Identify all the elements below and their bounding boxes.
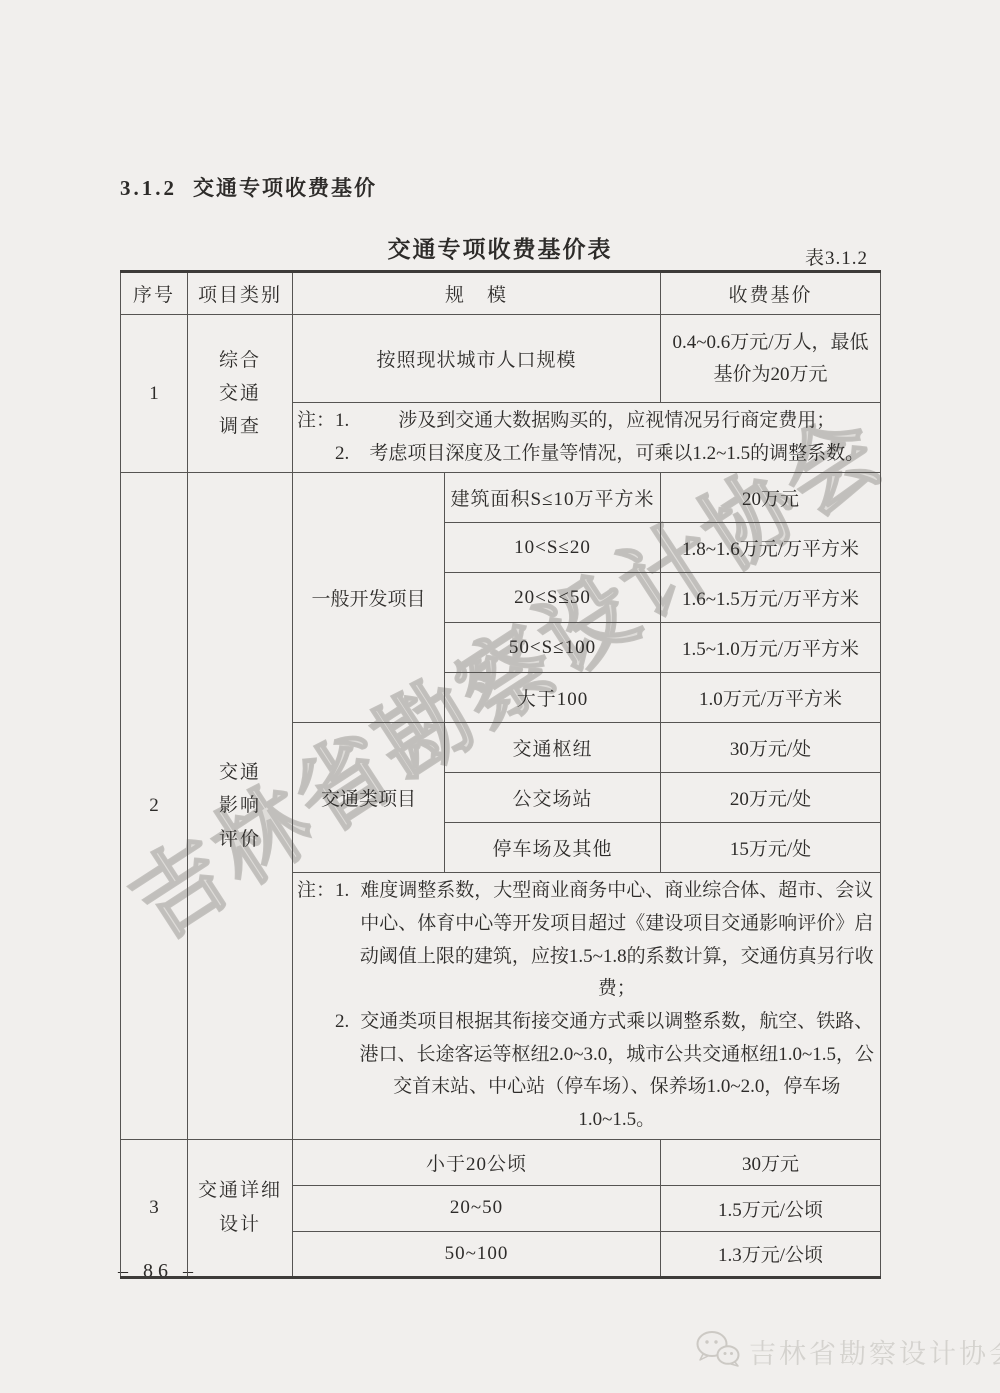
row2-dev-1-price: 20万元 <box>661 473 881 523</box>
row2-note-cell: 注： 1.难度调整系数，大型商业商务中心、商业综合体、超市、会议中心、体育中心等… <box>293 873 881 1139</box>
row3-category-line: 设计 <box>192 1208 288 1241</box>
row2-traffic-2-scale: 公交场站 <box>445 773 661 823</box>
row2-traffic-3-scale: 停车场及其他 <box>445 823 661 873</box>
footer-brand-text: 吉林省勘察设计协会 <box>749 1332 1000 1371</box>
row3-sub-3-price: 1.3万元/公顷 <box>661 1231 881 1277</box>
row1-category-line: 交通 <box>192 377 288 410</box>
col-header-category: 项目类别 <box>188 272 293 315</box>
section-number: 3.1.2 <box>120 176 177 200</box>
footer-brand: 吉林省勘察设计协会 <box>695 1330 1000 1373</box>
col-header-no: 序号 <box>121 272 188 315</box>
row2-note-2: 2.交通类项目根据其衔接交通方式乘以调整系数，航空、铁路、港口、长途客运等枢纽2… <box>335 1006 876 1137</box>
row1-category-line: 综合 <box>192 344 288 377</box>
section-heading: 3.1.2交通专项收费基价 <box>120 172 377 202</box>
note-label: 注： <box>297 875 335 908</box>
row2-dev-3-price: 1.6~1.5万元/万平方米 <box>661 573 881 623</box>
row1-no: 1 <box>121 315 188 473</box>
row3-sub-1-scale: 小于20公顷 <box>293 1139 661 1185</box>
table-header-row: 序号 项目类别 规 模 收费基价 <box>121 272 881 315</box>
col-header-scale: 规 模 <box>293 272 661 315</box>
row2-note-1: 1.难度调整系数，大型商业商务中心、商业综合体、超市、会议中心、体育中心等开发项… <box>335 875 876 1006</box>
row1-note-1: 1.涉及到交通大数据购买的，应视情况另行商定费用； <box>335 405 876 438</box>
row2-category-line: 影响 <box>192 789 288 822</box>
row2-traffic-1-price: 30万元/处 <box>661 723 881 773</box>
row3-sub-3-scale: 50~100 <box>293 1231 661 1277</box>
section-title: 交通专项收费基价 <box>193 177 377 200</box>
row2-dev-4-price: 1.5~1.0万元/万平方米 <box>661 623 881 673</box>
row3-sub-1-price: 30万元 <box>661 1139 881 1185</box>
row2-dev-1-scale: 建筑面积S≤10万平方米 <box>445 473 661 523</box>
table-number-label: 表3.1.2 <box>805 243 868 270</box>
row3-category-line: 交通详细 <box>192 1174 288 1207</box>
row1-note-2: 2.考虑项目深度及工作量等情况，可乘以1.2~1.5的调整系数。 <box>335 438 876 471</box>
row1-scale: 按照现状城市人口规模 <box>293 315 661 403</box>
row1-price: 0.4~0.6万元/万人，最低基价为20万元 <box>661 315 881 403</box>
row2-dev-5-scale: 大于100 <box>445 673 661 723</box>
document-page: 吉林省勘察设计协会 3.1.2交通专项收费基价 交通专项收费基价表 表3.1.2… <box>0 0 1000 1393</box>
row2-no: 2 <box>121 473 188 1139</box>
row2-traffic-3-price: 15万元/处 <box>661 823 881 873</box>
wechat-chat-bubbles-icon <box>695 1330 741 1373</box>
note-label: 注： <box>297 405 335 438</box>
row2-traffic-1-scale: 交通枢纽 <box>445 723 661 773</box>
row2-dev-2-price: 1.8~1.6万元/万平方米 <box>661 523 881 573</box>
row1-category: 综合 交通 调查 <box>188 315 293 473</box>
fee-table: 序号 项目类别 规 模 收费基价 1 综合 交通 调查 按照现状城市人口规模 0… <box>120 270 881 1279</box>
row1-notes: 注： 1.涉及到交通大数据购买的，应视情况另行商定费用； 2.考虑项目深度及工作… <box>297 405 876 470</box>
row2-notes: 注： 1.难度调整系数，大型商业商务中心、商业综合体、超市、会议中心、体育中心等… <box>297 875 876 1136</box>
row3-category: 交通详细 设计 <box>188 1139 293 1277</box>
row2-group-traffic: 交通类项目 <box>293 723 445 873</box>
row2-dev-3-scale: 20<S≤50 <box>445 573 661 623</box>
row2-group-dev: 一般开发项目 <box>293 473 445 723</box>
col-header-price: 收费基价 <box>661 272 881 315</box>
row2-category-line: 交通 <box>192 756 288 789</box>
row3-sub-1: 3 交通详细 设计 小于20公顷 30万元 <box>121 1139 881 1185</box>
row1-main: 1 综合 交通 调查 按照现状城市人口规模 0.4~0.6万元/万人，最低基价为… <box>121 315 881 403</box>
row2-traffic-2-price: 20万元/处 <box>661 773 881 823</box>
row1-note-cell: 注： 1.涉及到交通大数据购买的，应视情况另行商定费用； 2.考虑项目深度及工作… <box>293 403 881 473</box>
row2-dev-1: 2 交通 影响 评价 一般开发项目 建筑面积S≤10万平方米 20万元 <box>121 473 881 523</box>
row1-category-line: 调查 <box>192 410 288 443</box>
row2-dev-5-price: 1.0万元/万平方米 <box>661 673 881 723</box>
row2-category: 交通 影响 评价 <box>188 473 293 1139</box>
row2-category-line: 评价 <box>192 823 288 856</box>
row2-dev-4-scale: 50<S≤100 <box>445 623 661 673</box>
row3-sub-2-price: 1.5万元/公顷 <box>661 1185 881 1231</box>
row3-sub-2-scale: 20~50 <box>293 1185 661 1231</box>
row2-dev-2-scale: 10<S≤20 <box>445 523 661 573</box>
row3-no: 3 <box>121 1139 188 1277</box>
